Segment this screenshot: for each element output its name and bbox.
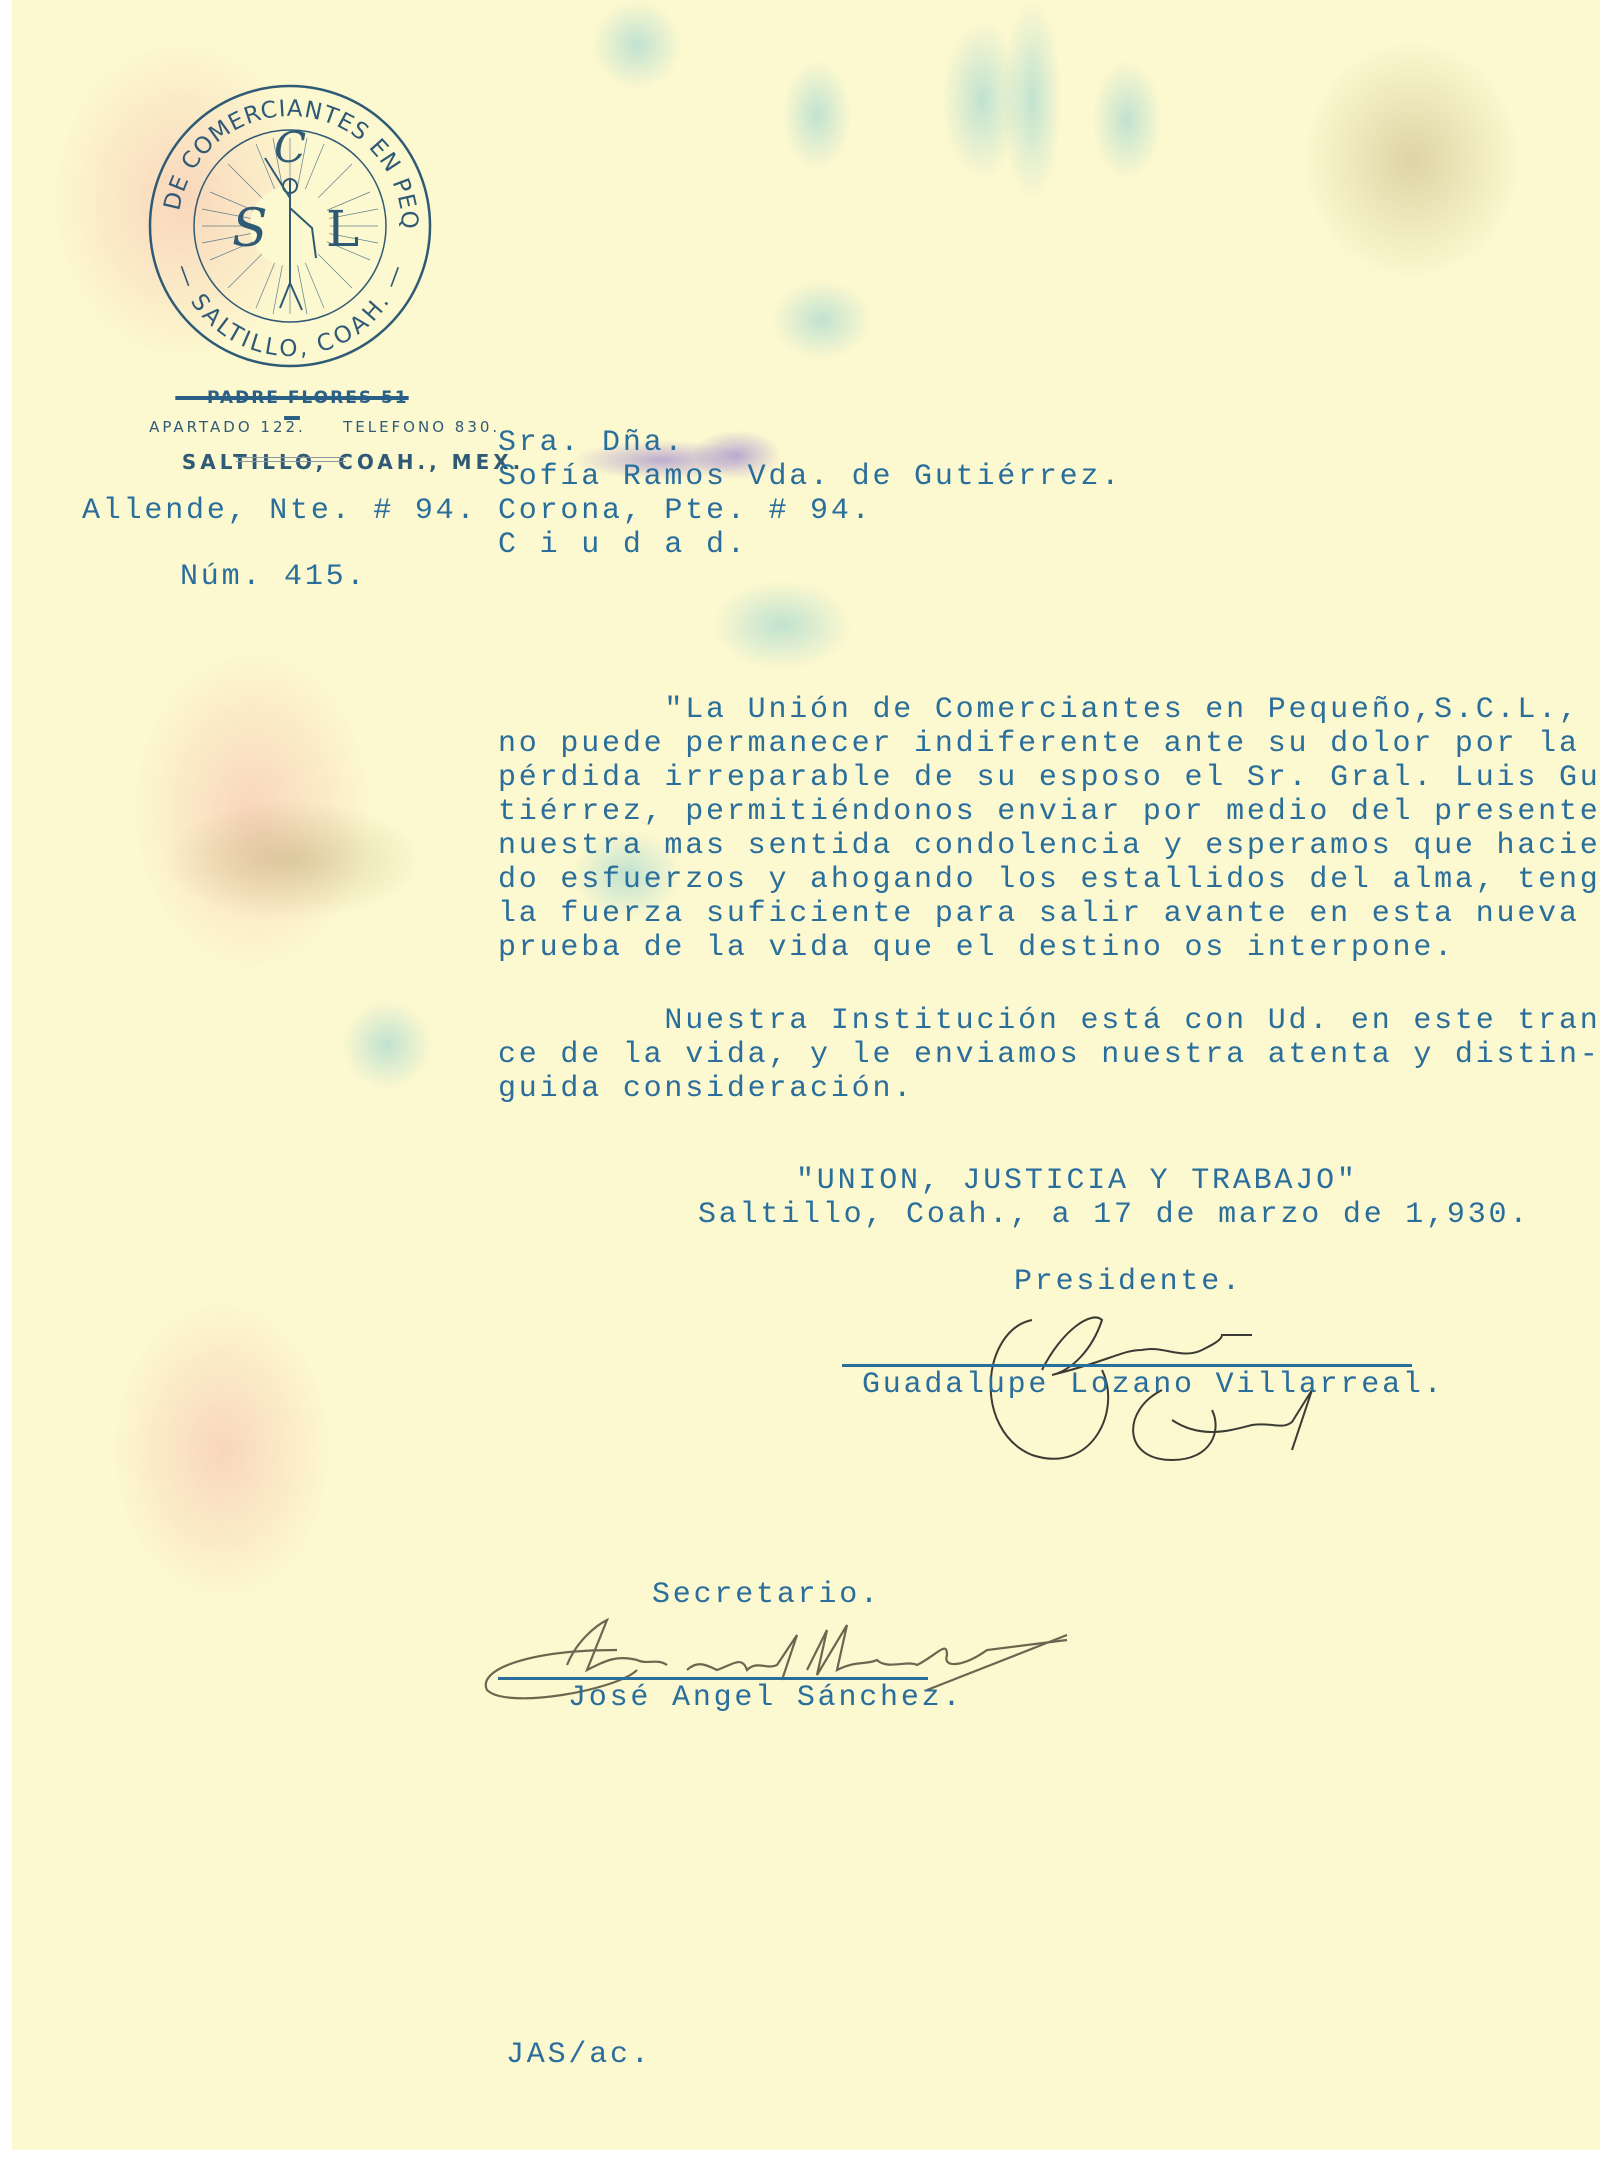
- recipient-name: Sofía Ramos Vda. de Gutiérrez.: [498, 460, 1122, 494]
- brown-stain: [1302, 40, 1522, 280]
- body-line: nuestra mas sentida condolencia y espera…: [498, 829, 1600, 863]
- secretary-name: José Angel Sánchez.: [568, 1681, 963, 1715]
- body-paragraph-2: Nuestra Institución está con Ud. en este…: [498, 1004, 1600, 1106]
- blue-stain: [342, 1000, 432, 1090]
- body-line: "La Unión de Comerciantes en Pequeño,S.C…: [498, 693, 1600, 727]
- body-line: pérdida irreparable de su esposo el Sr. …: [498, 761, 1600, 795]
- union-seal-logo: S C L UNION DE COMERCIANTES EN PEQUEÑO —…: [140, 78, 440, 368]
- letter-page: S C L UNION DE COMERCIANTES EN PEQUEÑO —…: [12, 0, 1600, 2150]
- monogram-c: C: [274, 123, 306, 172]
- monogram-s: S: [232, 199, 268, 259]
- letterhead-city: SALTILLO, COAH., MEX.: [138, 426, 524, 498]
- secretary-signature-line: [498, 1677, 928, 1680]
- closing-place-date: Saltillo, Coah., a 17 de marzo de 1,930.: [698, 1198, 1530, 1232]
- recipient-salutation: Sra. Dña.: [498, 426, 685, 460]
- blue-stain: [772, 280, 872, 360]
- blue-stain: [712, 580, 852, 670]
- pink-stain: [112, 1300, 332, 1600]
- brown-stain: [162, 800, 422, 920]
- body-line: no puede permanecer indiferente ante su …: [498, 727, 1600, 761]
- letterhead-divider: [236, 457, 346, 462]
- blue-stain: [1002, 0, 1062, 200]
- monogram-l: L: [326, 200, 359, 258]
- body-line: la fuerza suficiente para salir avante e…: [498, 897, 1600, 931]
- president-title: Presidente.: [1014, 1265, 1243, 1299]
- recipient-city: C i u d a d.: [498, 528, 748, 562]
- closing-motto: "UNION, JUSTICIA Y TRABAJO": [796, 1164, 1358, 1198]
- blue-stain: [942, 20, 1022, 180]
- blue-stain: [592, 0, 682, 90]
- body-paragraph-1: "La Unión de Comerciantes en Pequeño,S.C…: [498, 693, 1600, 965]
- president-signature-line: [842, 1364, 1412, 1367]
- blue-stain: [1092, 60, 1162, 180]
- pink-stain: [132, 650, 372, 970]
- sender-address: Allende, Nte. # 94.: [82, 494, 477, 528]
- body-line: prueba de la vida que el destino os inte…: [498, 931, 1600, 965]
- body-line: tiérrez, permitiéndonos enviar por medio…: [498, 795, 1600, 829]
- body-line: guida consideración.: [498, 1072, 1600, 1106]
- recipient-address: Corona, Pte. # 94.: [498, 494, 872, 528]
- body-line: Nuestra Institución está con Ud. en este…: [498, 1004, 1600, 1038]
- secretary-title: Secretario.: [652, 1578, 881, 1612]
- reference-number: Núm. 415.: [180, 560, 367, 594]
- blue-stain: [782, 60, 852, 170]
- body-line: ce de la vida, y le enviamos nuestra ate…: [498, 1038, 1600, 1072]
- president-name: Guadalupe Lozano Villarreal.: [862, 1368, 1444, 1402]
- body-line: do esfuerzos y ahogando los estallidos d…: [498, 863, 1600, 897]
- reference-initials: JAS/ac.: [506, 2038, 652, 2072]
